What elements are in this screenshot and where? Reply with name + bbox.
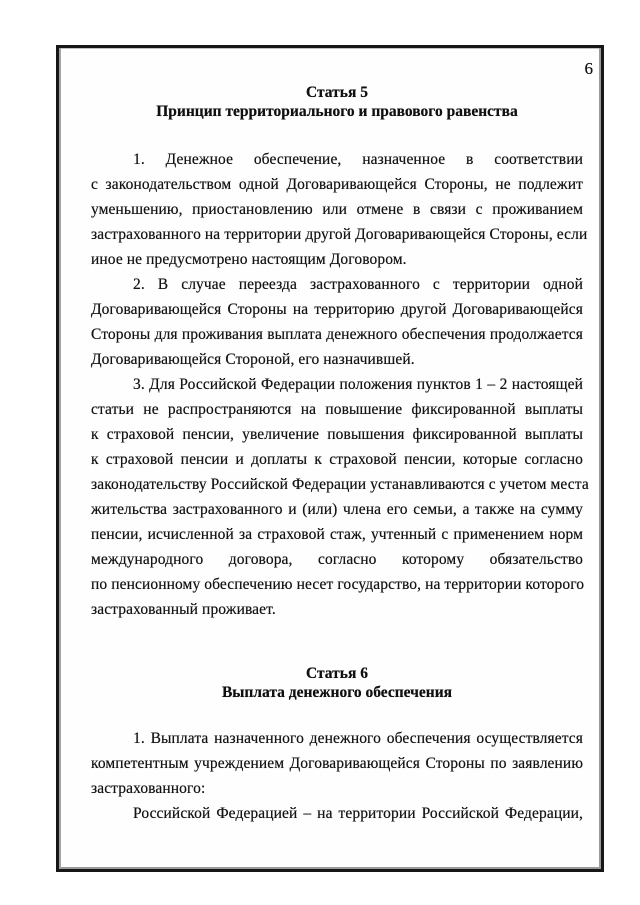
text-line: с законодательством одной Договаривающей…	[91, 172, 583, 197]
article-body: 1. Денежное обеспечение, назначенное в с…	[91, 147, 583, 622]
sections-container: Статья 5Принцип территориального и право…	[91, 83, 583, 826]
text-line: 1. Выплата назначенного денежного обеспе…	[91, 726, 583, 751]
paragraph: 1. Выплата назначенного денежного обеспе…	[91, 726, 583, 801]
article-heading: Статья 5	[91, 83, 583, 102]
text-line: к страховой пенсии и доплаты к страховой…	[91, 447, 583, 472]
page-number: 6	[91, 60, 593, 78]
scanned-page: { "page": { "number": "6" }, "ink_color"…	[0, 0, 640, 905]
text-line: компетентным учреждением Договаривающейс…	[91, 751, 583, 776]
text-line: 1. Денежное обеспечение, назначенное в с…	[91, 147, 583, 172]
text-line: к страховой пенсии, увеличение повышения…	[91, 422, 583, 447]
text-line: застрахованного на территории другой Дог…	[91, 222, 583, 247]
article-body: 1. Выплата назначенного денежного обеспе…	[91, 726, 583, 826]
text-line: Договаривающейся Стороной, его назначивш…	[91, 347, 583, 372]
paragraph: 1. Денежное обеспечение, назначенное в с…	[91, 147, 583, 272]
article-section: Статья 6Выплата денежного обеспечения1. …	[91, 664, 583, 826]
text-line: пенсии, исчисленной за страховой стаж, у…	[91, 522, 583, 547]
paragraph: 3. Для Российской Федерации положения пу…	[91, 372, 583, 622]
text-line: 3. Для Российской Федерации положения пу…	[91, 372, 583, 397]
text-line: уменьшению, приостановлению или отмене в…	[91, 197, 583, 222]
text-line: статьи не распространяются на повышение …	[91, 397, 583, 422]
article-subheading: Выплата денежного обеспечения	[91, 683, 583, 702]
text-line: международного договора, согласно которо…	[91, 547, 583, 572]
paragraph: Российской Федерацией – на территории Ро…	[91, 801, 583, 826]
text-line: Российской Федерацией – на территории Ро…	[91, 801, 583, 826]
page-border-frame: 6 Статья 5Принцип территориального и пра…	[56, 45, 604, 872]
text-line: застрахованный проживает.	[91, 597, 583, 622]
text-line: жительства застрахованного и (или) члена…	[91, 497, 583, 522]
article-subheading: Принцип территориального и правового рав…	[91, 102, 583, 121]
paragraph: 2. В случае переезда застрахованного с т…	[91, 272, 583, 372]
text-line: иное не предусмотрено настоящим Договоро…	[91, 247, 583, 272]
text-line: Договаривающейся Стороны на территорию д…	[91, 297, 583, 322]
text-line: по пенсионному обеспечению несет государ…	[91, 572, 583, 597]
article-section: Статья 5Принцип территориального и право…	[91, 83, 583, 622]
text-line: законодательству Российской Федерации ус…	[91, 472, 583, 497]
text-line: застрахованного:	[91, 776, 583, 801]
article-heading: Статья 6	[91, 664, 583, 683]
text-line: Стороны для проживания выплата денежного…	[91, 322, 583, 347]
text-line: 2. В случае переезда застрахованного с т…	[91, 272, 583, 297]
